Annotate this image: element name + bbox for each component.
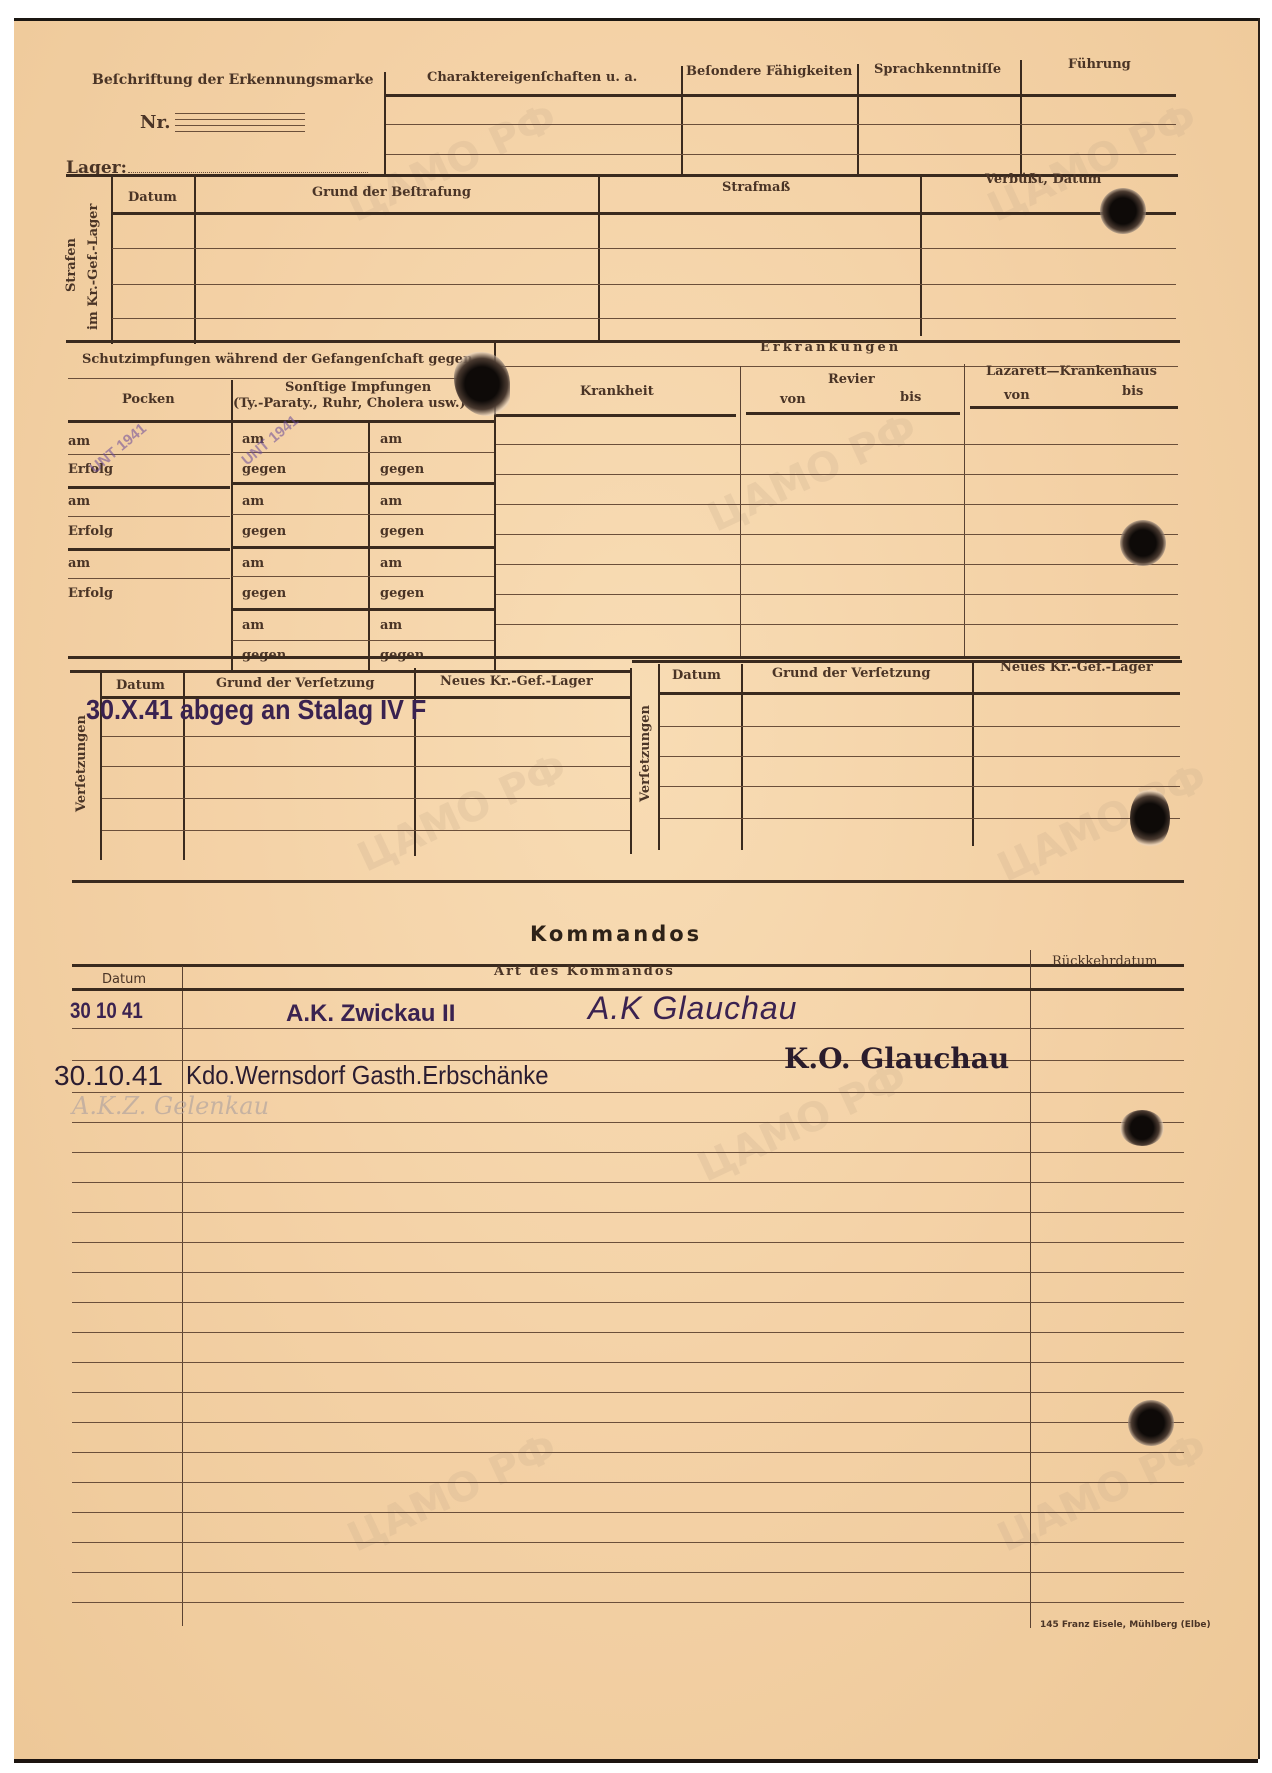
kommando-art-stamp: K.O. Glauchau [784, 1042, 1009, 1075]
sonstige-row: am [380, 618, 402, 633]
erkrankungen-divider [964, 364, 965, 656]
pocken-row: am [68, 556, 90, 571]
kommandos-row-line [72, 1452, 1184, 1453]
lazarett-label: Lazarett—Krankenhaus [986, 364, 1157, 379]
sonstige-line [232, 640, 494, 641]
pocken-line [68, 516, 230, 517]
strafen-col-grund: Grund der Beſtrafung [312, 185, 471, 200]
versetzungen-side-label: Verſetzungen [638, 705, 653, 802]
revier-bis: bis [900, 390, 921, 405]
versetzungen-row-line [102, 766, 630, 767]
kommando-art-stamp: A.K. Zwickau II [286, 1000, 455, 1028]
pocken-row: Erfolg [68, 586, 113, 601]
sonstige-label-2: (Ty.-Paraty., Ruhr, Cholera usw.) [233, 396, 466, 411]
binder-hole [1100, 188, 1146, 234]
kommandos-col-art: Art des Kommandos [494, 964, 675, 979]
impfungen-divider [231, 380, 233, 670]
erkrankungen-header-line [970, 406, 1178, 409]
sonstige-row: gegen [242, 524, 286, 539]
col-faehigkeiten: Beſondere Fähigkeiten [686, 64, 852, 79]
erkrankungen-row-line [496, 624, 1178, 625]
header-divider [1020, 60, 1022, 174]
kommando-datum-stamp: 30 10 41 [70, 998, 143, 1024]
versetzungen-bottom-line [72, 880, 1184, 883]
kommandos-row-line [72, 1362, 1184, 1363]
kommando-datum-typed: 30.10.41 [54, 1060, 163, 1092]
erkrankungen-row-line [496, 534, 1178, 535]
binder-hole [1120, 1110, 1164, 1146]
sonstige-row: am [242, 618, 264, 633]
erkrankungen-row-line [496, 504, 1178, 505]
kommandos-row-line [72, 1542, 1184, 1543]
sonstige-line [232, 608, 494, 611]
col-fuehrung: Führung [1068, 57, 1131, 72]
sonstige-line [232, 576, 494, 577]
versetzung-stamp: 30.X.41 abgeg an Stalag IV F [86, 694, 426, 726]
pocken-line [68, 454, 230, 455]
versetzungen-divider [630, 668, 632, 854]
kommandos-row-line [72, 1242, 1184, 1243]
erkrankungen-divider [740, 366, 741, 658]
strafen-side-label-2: im Kr.-Gef.-Lager [86, 204, 101, 330]
col-sprachkenntnisse: Sprachkenntniſſe [874, 62, 1001, 77]
sonstige-line [232, 514, 494, 515]
pocken-label: Pocken [122, 392, 175, 407]
kommandos-title: Kommandos [530, 922, 702, 946]
versetzungen-row-line [660, 786, 1180, 787]
pocken-row: Erfolg [68, 524, 113, 539]
erkrankungen-row-line [496, 594, 1178, 595]
versetzungen-header-line [660, 692, 1180, 695]
kommandos-row-line [72, 1302, 1184, 1303]
erkrankungen-header-line [746, 412, 960, 415]
versetzungen-row-line [102, 830, 630, 831]
lager-dotted-line [128, 172, 368, 173]
strafen-col-strafmass: Strafmaß [722, 180, 790, 195]
versetzungen-col-grund: Grund der Verſetzung [216, 676, 374, 691]
kommandos-row-line [72, 1512, 1184, 1513]
sonstige-row: am [380, 494, 402, 509]
strafen-row-line [112, 318, 1176, 319]
strafen-bottom-line [66, 340, 1180, 343]
kommandos-row-line [72, 1392, 1184, 1393]
kommandos-col-datum: Datum [102, 972, 146, 987]
header-row-line [386, 124, 1176, 125]
versetzungen-row-line [660, 818, 1180, 819]
versetzungen-row-line [660, 756, 1180, 757]
kommando-art-stamp: A.K Glauchau [588, 990, 797, 1027]
impfungen-title: Schutzimpfungen während der Gefangenſcha… [82, 352, 473, 367]
strafen-row-line [112, 248, 1176, 249]
kommandos-row-line [72, 1602, 1184, 1603]
sonstige-row: gegen [380, 586, 424, 601]
printer-note: 145 Franz Eisele, Mühlberg (Elbe) [1040, 1620, 1211, 1630]
kommandos-row-line [72, 1332, 1184, 1333]
header-divider [681, 66, 683, 174]
kommandos-row-line [72, 1212, 1184, 1213]
kommandos-row-line [72, 1572, 1184, 1573]
strafen-col-datum: Datum [128, 190, 177, 205]
erkrankungen-row-line [496, 564, 1178, 565]
header-row-line [386, 94, 1176, 97]
sonstige-line [232, 546, 494, 549]
binder-hole [1128, 1400, 1174, 1446]
sonstige-row: am [242, 556, 264, 571]
kommandos-divider [1030, 950, 1031, 1628]
pocken-line [68, 486, 230, 489]
lazarett-bis: bis [1122, 384, 1143, 399]
revier-label: Revier [828, 372, 875, 387]
sonstige-row: am [380, 556, 402, 571]
kommandos-row-line [72, 1422, 1184, 1423]
versetzungen-top-line [70, 670, 630, 673]
sonstige-row: am [380, 432, 402, 447]
kommandos-row-line [72, 1272, 1184, 1273]
versetzungen-col-lager: Neues Kr.-Gef.-Lager [440, 674, 593, 689]
nr-line [175, 113, 305, 114]
nr-line [175, 119, 305, 120]
kommandos-row-line [72, 1182, 1184, 1183]
sonstige-line [232, 482, 494, 485]
pocken-line [68, 548, 230, 551]
versetzungen-col-datum: Datum [116, 678, 165, 693]
col-charakter: Charaktereigenſchaften u. a. [427, 70, 637, 85]
versetzungen-col-datum: Datum [672, 668, 721, 683]
kommando-pencil-note: A.K.Z. Gelenkau [72, 1092, 269, 1120]
binder-hole [1130, 788, 1170, 848]
erkrankungen-row-line [496, 474, 1178, 475]
kommandos-row-line [72, 1122, 1184, 1123]
kommandos-divider [182, 966, 183, 1626]
kommandos-row-line [72, 1028, 1184, 1029]
nr-line [175, 125, 305, 126]
erkrankungen-bottom-line [68, 656, 1180, 659]
erkrankungen-header-line [496, 414, 736, 417]
erkrankungen-row-line [496, 444, 1178, 445]
versetzungen-row-line [102, 736, 630, 737]
strafen-side-label: Strafen [64, 238, 79, 292]
kommandos-row-line [72, 1152, 1184, 1153]
impfungen-title-line [68, 378, 488, 379]
kommandos-col-rueckkehr: Rückkehrdatum [1052, 954, 1157, 969]
pocken-row: am [68, 434, 90, 449]
kommando-art-typed: Kdo.Wernsdorf Gasth.Erbschänke [186, 1060, 549, 1091]
versetzungen-col-lager: Neues Kr.-Gef.-Lager [1000, 660, 1153, 675]
nr-label: Nr. [140, 112, 171, 133]
pocken-row: am [68, 494, 90, 509]
sonstige-line [232, 452, 494, 453]
sonstige-row: gegen [380, 462, 424, 477]
header-row-line [386, 154, 1176, 155]
binder-hole [1120, 520, 1166, 566]
strafen-col-verbuesst: Verbüßt, Datum [985, 172, 1101, 187]
kommandos-row-line [72, 1482, 1184, 1483]
nr-line [175, 131, 305, 132]
versetzungen-side-label: Verſetzungen [74, 715, 89, 812]
strafen-divider [920, 174, 922, 336]
sonstige-row: gegen [380, 524, 424, 539]
erkrankungen-title: Erkrankungen [760, 340, 901, 355]
sonstige-row: gegen [242, 586, 286, 601]
header-divider [857, 64, 859, 174]
erkennungsmarke-label: Beſchriftung der Erkennungsmarke [92, 72, 374, 88]
strafen-header-line [112, 212, 1176, 215]
sonstige-row: am [242, 494, 264, 509]
strafen-divider [598, 176, 600, 340]
sonstige-label-1: Sonſtige Impfungen [285, 380, 431, 395]
krankheit-label: Krankheit [580, 384, 654, 399]
versetzungen-row-line [660, 726, 1180, 727]
revier-von: von [780, 392, 806, 407]
versetzungen-row-line [102, 798, 630, 799]
lazarett-von: von [1004, 388, 1030, 403]
pocken-line [68, 578, 230, 579]
strafen-row-line [112, 284, 1176, 285]
versetzungen-col-grund: Grund der Verſetzung [772, 666, 930, 681]
